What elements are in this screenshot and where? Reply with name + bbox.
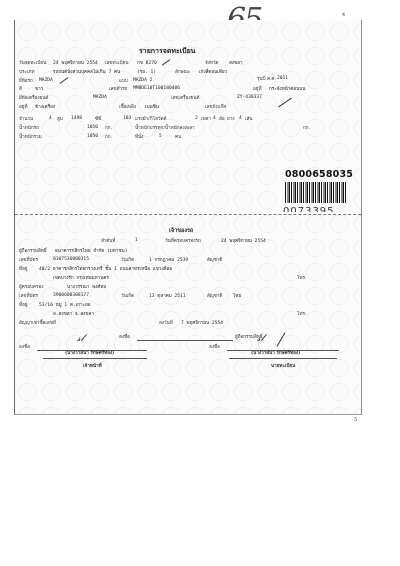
chassis-pos-label: อยู่ที่	[253, 86, 261, 93]
holder-address-line1: 53/16 หมู่ 1 ต.เกาะยอ	[39, 302, 91, 309]
year-label: รุ่นปี ค.ศ.	[257, 76, 276, 83]
weight-label: น้ำหนักรถ	[19, 125, 39, 132]
registration-document: รายการจดทะเบียน วันจดทะเบียน 24 พฤศจิกาย…	[14, 20, 362, 415]
engine-brand-value: MAZDA	[93, 95, 107, 100]
holder-id-label: เลขที่บัตร	[19, 293, 38, 300]
plate-label: เลขทะเบียน	[105, 60, 128, 67]
officer-sign-label: ลงชื่อ	[19, 344, 30, 351]
registrar-name-line	[229, 358, 337, 359]
seq-label: ลำดับที่	[101, 238, 115, 245]
owner-address-line1: 48/2 อาคารกสิกรไทยกรวงเทรี่ ชั้น 1 ถนนสา…	[39, 266, 172, 273]
total-weight-unit: กก.	[105, 134, 112, 141]
officer-name-line	[43, 358, 147, 359]
cyl-label: จำนวน	[19, 116, 33, 123]
total-weight-value: 1050	[87, 134, 98, 139]
holder-tel-label: โทร.	[297, 311, 306, 318]
registrar-signature: 𝓈𝓁	[257, 333, 264, 344]
holder-nationality-value: ไทย	[233, 293, 241, 300]
cyl-unit: สูบ	[57, 116, 63, 123]
officer-signature: 𝓈𝓁	[77, 333, 84, 344]
page-footer-number: 5	[354, 417, 357, 423]
holder-label: ผู้ครอบครอง	[19, 284, 43, 291]
holder-id-value: 3900600308177	[53, 293, 89, 298]
owner-title: เจ้าของรถ	[169, 227, 193, 235]
color-value: ขาว	[35, 86, 43, 93]
engine-no-value: ZY-438337	[237, 95, 262, 100]
owner-dob-value: 1 กรกฎาคม 2539	[149, 257, 188, 264]
model-label: แบบ	[119, 78, 128, 85]
tire-label: ยาง	[227, 116, 235, 123]
holder-address-label: ที่อยู่	[19, 302, 27, 309]
holder-dob-label: วันเกิด	[121, 293, 134, 300]
section-divider	[15, 214, 361, 215]
wheel-value: 4	[213, 116, 216, 121]
check-mark	[60, 77, 69, 84]
holder-value: นางวรรณา พงศ์ทม	[67, 284, 106, 291]
axle-value: 2	[195, 116, 198, 121]
engine-pos-label: อยู่ที่	[19, 104, 27, 111]
model-value: MAZDA 2	[133, 78, 152, 83]
reg-date-label: วันจดทะเบียน	[19, 60, 46, 67]
year-value: 2011	[277, 76, 288, 81]
seats-unit: คน	[175, 134, 181, 141]
registration-title: รายการจดทะเบียน	[139, 46, 195, 57]
registrar-signature-stroke	[277, 332, 286, 346]
fuel-label: เชื้อเพลิง	[119, 104, 136, 111]
cc-label: ซีซี	[95, 116, 101, 123]
engine-no-label: เลขเครื่องยนต์	[171, 95, 199, 102]
weight-value: 1050	[87, 125, 98, 130]
type-value: รถยนต์นั่งส่วนบุคคลไม่เกิน 7 คน	[53, 69, 120, 76]
cancel-mark	[278, 98, 292, 108]
owner-address-line2: เขตบางรัก กรุงเทพมหานคร	[53, 275, 109, 282]
plate-value: กข 8270	[137, 60, 157, 67]
check-mark	[162, 59, 171, 66]
contract-date-value: 7 พฤศจิกายน 2554	[181, 320, 223, 327]
holder-nationality-label: สัญชาติ	[207, 293, 222, 300]
officer-name: (นางวาสนา รักษ์ศรีทอง)	[65, 350, 114, 357]
hp-label: แรงม้า/กิโลวัตต์	[135, 116, 166, 123]
hp-value: 103	[123, 116, 131, 121]
owner-label: ผู้ถือกรรมสิทธิ์	[19, 248, 47, 255]
barcode-number: 0800658035	[285, 169, 353, 180]
tire-unit: เส้น	[245, 116, 253, 123]
registrar-title: นายทะเบียน	[271, 363, 295, 370]
owner-signature-line	[137, 340, 233, 341]
chassis-pos-value: กระจังหน้าตอนบน	[269, 86, 305, 93]
cc-value: 1498	[71, 116, 82, 121]
province-value: สงขลา	[229, 60, 243, 67]
load-label: น้ำหนักบรรทุก/น้ำหนักลงเพลา	[135, 125, 195, 132]
fuel-value: เบนซิน	[145, 104, 159, 111]
type-code: (รย. 1)	[137, 69, 156, 76]
owner-nationality-label: สัญชาติ	[207, 257, 222, 264]
brand-label: ยี่ห้อรถ	[19, 78, 33, 85]
wheel-label: ล้อ	[219, 116, 225, 123]
contract-label: สัญญาเช่าซื้อเลขที่	[19, 320, 56, 327]
style-label: ลักษณะ	[175, 69, 190, 76]
handwritten-corner-mark: 4	[342, 12, 345, 18]
type-label: ประเภท	[19, 69, 34, 76]
gas-tank-label: เลขถังแก๊ส	[205, 104, 226, 111]
chassis-label: เลขตัวรถ	[109, 86, 127, 93]
reg-date-value: 24 พฤศจิกายน 2554	[53, 60, 98, 67]
owner-dob-label: วันเกิด	[121, 257, 134, 264]
province-label: จังหวัด	[205, 60, 219, 67]
owner-address-label: ที่อยู่	[19, 266, 27, 273]
owner-value: ธนาคารกสิกรไทย จำกัด (มหาชน)	[55, 248, 128, 255]
holder-dob-value: 13 ตุลาคม 2511	[149, 293, 186, 300]
owner-tel-label: โทร.	[297, 275, 306, 282]
seats-label: ที่นั่ง	[135, 134, 143, 141]
brand-value: MAZDA	[39, 78, 53, 83]
owner-section: เจ้าของรถ ลำดับที่ 1 วันที่ครอบครองรถ 24…	[15, 217, 361, 414]
style-value: เก๋งสี่ตอนเดียว	[199, 69, 227, 76]
axle-label: เพลา	[201, 116, 211, 123]
chassis-value: MM8DE10T100180406	[133, 86, 180, 91]
serial-number: 0073395	[283, 206, 335, 217]
seats-value: 5	[159, 134, 162, 139]
owner-sign-label: ลงชื่อ	[119, 334, 130, 341]
color-label: สี	[19, 86, 22, 93]
barcode	[285, 182, 347, 203]
engine-pos-value: ข้างเครื่อง	[35, 104, 55, 111]
contract-date-label: ลงวันที่	[159, 320, 173, 327]
load-unit: กก.	[303, 125, 310, 132]
seq-value: 1	[135, 238, 138, 243]
possess-date-value: 24 พฤศจิกายน 2554	[221, 238, 266, 245]
owner-id-label: เลขที่บัตร	[19, 257, 38, 264]
tire-value: 4	[239, 116, 242, 121]
weight-unit: กก.	[105, 125, 112, 132]
possess-date-label: วันที่ครอบครองรถ	[165, 238, 201, 245]
total-weight-label: น้ำหนักรวม	[19, 134, 42, 141]
owner-id-value: 0107536000315	[53, 257, 89, 262]
registrar-name: (นางวาสนา รักษ์ศรีทอง)	[251, 350, 300, 357]
officer-title: เจ้าหน้าที่	[83, 363, 102, 370]
registrar-sign-label: ลงชื่อ	[209, 344, 220, 351]
cyl-value: 4	[49, 116, 52, 121]
engine-brand-label: ยี่ห้อเครื่องยนต์	[19, 95, 48, 102]
holder-address-line2: อ.สงขลา จ.สงขลา	[53, 311, 94, 318]
